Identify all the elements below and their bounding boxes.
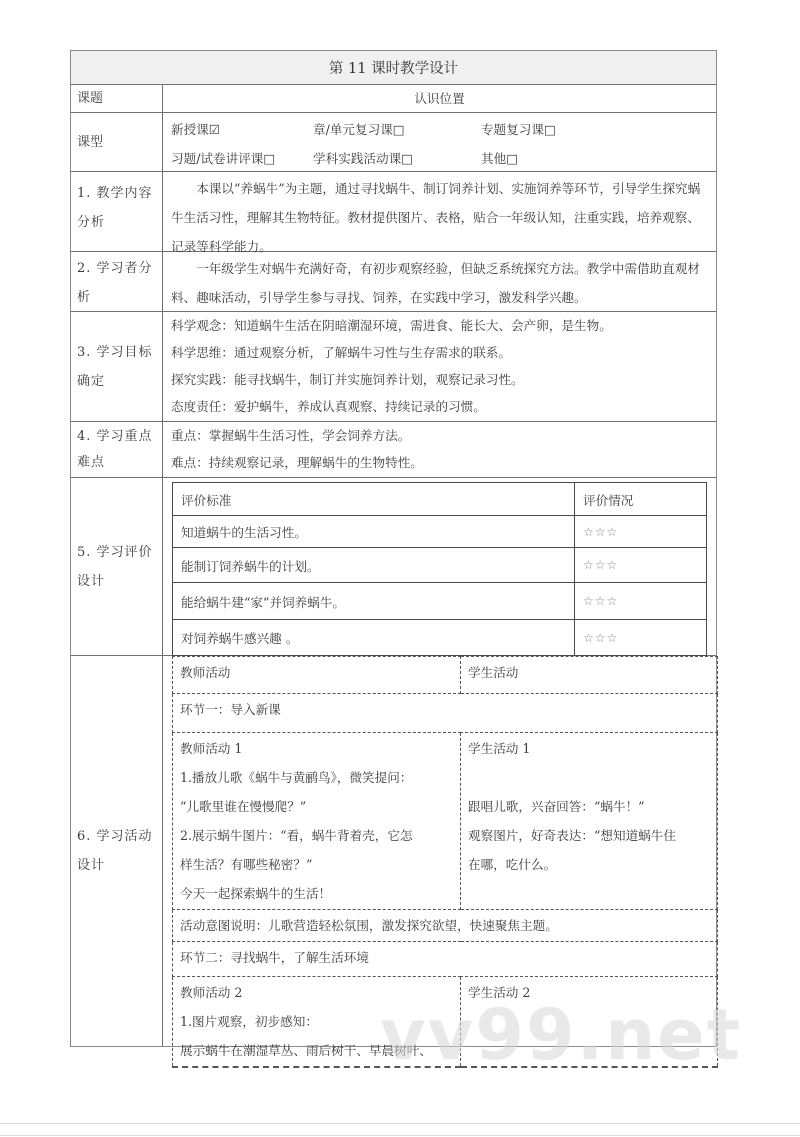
table-row: 能制订饲养蜗牛的计划。 ☆☆☆ [173,548,707,583]
topic-value: 认识位置 [163,85,716,112]
label-line: 1. 教学内容 [77,179,153,208]
row-label: 6. 学习活动设计 [71,656,163,1046]
row-label: 5. 学习评价设计 [71,478,163,655]
table-header-row: 教师活动 学生活动 [173,657,718,694]
activity-line: 观察图片，好奇表达：“想知道蜗牛住 [468,821,710,850]
objective-item: 科学思维：通过观察分析，了解蜗牛习性与生存需求的联系。 [171,339,708,366]
student-activity-cell: 学生活动 1 跟唱儿歌，兴奋回答：“蜗牛！” 观察图片，好奇表达：“想知道蜗牛住… [461,733,718,910]
lesson-type-options: 新授课☑ 章/单元复习课□ 专题复习课□ 习题/试卷讲评课□ 学科实践活动课□ … [163,113,716,171]
row-evaluation: 5. 学习评价设计 评价标准 评价情况 知道蜗牛的生活习性。 ☆☆☆ 能制订饲养… [71,477,716,655]
label-line: 6. 学习活动 [77,822,153,851]
label-line: 难点 [77,450,153,476]
teacher-activity-cell: 教师活动 1 1.播放儿歌《蜗牛与黄鹂鸟》，微笑提问： “儿歌里谁在慢慢爬？” … [173,733,461,910]
label-line: 设计 [77,851,153,880]
criterion-cell: 能给蜗牛建“家”并饲养蜗牛。 [173,583,575,620]
key-points-list: 重点：掌握蜗牛生活习性，学会饲养方法。 难点：持续观察记录，理解蜗牛的生物特性。 [163,422,716,477]
activities-table-wrap: 教师活动 学生活动 环节一：导入新课 教师活动 1 1.播放儿歌《蜗牛与黄鹂鸟》… [163,656,718,1046]
activities-table: 教师活动 学生活动 环节一：导入新课 教师活动 1 1.播放儿歌《蜗牛与黄鹂鸟》… [172,656,718,1068]
row-content-analysis: 1. 教学内容分析 本课以“养蜗牛”为主题，通过寻找蜗牛、制订饲养计划、实施饲养… [71,171,716,251]
learner-analysis-text: 一年级学生对蜗牛充满好奇，有初步观察经验，但缺乏系统探究方法。教学中需借助直观材… [163,252,716,311]
activity-heading: 学生活动 1 [468,734,710,763]
objectives-list: 科学观念：知道蜗牛生活在阴暗潮湿环境，需进食、能长大、会产卵，是生物。 科学思维… [163,312,716,421]
column-header: 学生活动 [461,657,718,694]
label-line: 析 [77,283,153,312]
key-point-item: 重点：掌握蜗牛生活习性，学会饲养方法。 [171,422,708,449]
paragraph: 本课以“养蜗牛”为主题，通过寻找蜗牛、制订饲养计划、实施饲养等环节，引导学生探究… [171,174,708,261]
label-line: 分析 [77,208,153,237]
paragraph: 一年级学生对蜗牛充满好奇，有初步观察经验，但缺乏系统探究方法。教学中需借助直观材… [171,254,708,312]
activity-line: “儿歌里谁在慢慢爬？” [180,792,453,821]
table-row: 能给蜗牛建“家”并饲养蜗牛。 ☆☆☆ [173,583,707,620]
table-row: 知道蜗牛的生活习性。 ☆☆☆ [173,516,707,548]
stage-title: 环节二：寻找蜗牛，了解生活环境 [173,942,718,977]
activity-heading: 学生活动 2 [468,978,710,1007]
evaluation-table-wrap: 评价标准 评价情况 知道蜗牛的生活习性。 ☆☆☆ 能制订饲养蜗牛的计划。 ☆☆☆… [163,478,716,655]
stage-title-row: 环节二：寻找蜗牛，了解生活环境 [173,942,718,977]
star-rating[interactable]: ☆☆☆ [575,583,707,620]
document-title: 第 11 课时教学设计 [71,51,716,84]
activity-line: 展示蜗牛在潮湿草丛、雨后树干、早晨树叶、 [180,1036,453,1065]
table-header-row: 评价标准 评价情况 [173,483,707,516]
star-rating[interactable]: ☆☆☆ [575,548,707,583]
row-key-points: 4. 学习重点难点 重点：掌握蜗牛生活习性，学会饲养方法。 难点：持续观察记录，… [71,421,716,477]
row-label: 1. 教学内容分析 [71,172,163,251]
student-activity-cell: 学生活动 2 [461,977,718,1068]
row-label: 4. 学习重点难点 [71,422,163,477]
lesson-type-option[interactable]: 学科实践活动课□ [313,144,481,173]
star-rating[interactable]: ☆☆☆ [575,516,707,548]
lesson-type-option[interactable]: 其他□ [481,144,631,173]
row-label: 2. 学习者分析 [71,252,163,311]
label-line: 4. 学习重点 [77,424,153,450]
teacher-activity-cell: 教师活动 2 1.图片观察，初步感知： 展示蜗牛在潮湿草丛、雨后树干、早晨树叶、 [173,977,461,1068]
row-label: 课型 [71,113,163,171]
row-activities: 6. 学习活动设计 教师活动 学生活动 环节一：导入新课 教师活动 1 1.播放… [71,655,716,1046]
row-objectives: 3. 学习目标确定 科学观念：知道蜗牛生活在阴暗潮湿环境，需进食、能长大、会产卵… [71,311,716,421]
stage-title: 环节一：导入新课 [173,694,718,733]
criterion-cell: 知道蜗牛的生活习性。 [173,516,575,548]
page-edge [0,1135,800,1136]
row-learner-analysis: 2. 学习者分析 一年级学生对蜗牛充满好奇，有初步观察经验，但缺乏系统探究方法。… [71,251,716,311]
column-header: 教师活动 [173,657,461,694]
row-topic: 课题 认识位置 [71,84,716,112]
activity-line: 在哪，吃什么。 [468,850,710,879]
activity-line: 2.展示蜗牛图片：“看，蜗牛背着壳，它怎 [180,821,453,850]
intent-row: 活动意图说明：儿歌营造轻松氛围，激发探究欲望，快速聚焦主题。 [173,910,718,942]
criterion-cell: 能制订饲养蜗牛的计划。 [173,548,575,583]
objective-item: 态度责任：爱护蜗牛，养成认真观察、持续记录的习惯。 [171,393,708,420]
objective-item: 科学观念：知道蜗牛生活在阴暗潮湿环境，需进食、能长大、会产卵，是生物。 [171,312,708,339]
activity-line: 样生活？有哪些秘密？” [180,850,453,879]
lesson-type-option[interactable]: 专题复习课□ [481,115,631,144]
content-analysis-text: 本课以“养蜗牛”为主题，通过寻找蜗牛、制订饲养计划、实施饲养等环节，引导学生探究… [163,172,716,251]
objective-item: 探究实践：能寻找蜗牛，制订并实施饲养计划，观察记录习性。 [171,366,708,393]
star-rating[interactable]: ☆☆☆ [575,620,707,656]
table-row: 对饲养蜗牛感兴趣 。 ☆☆☆ [173,620,707,656]
activity-heading: 教师活动 2 [180,978,453,1007]
activity-heading: 教师活动 1 [180,734,453,763]
table-row: 教师活动 2 1.图片观察，初步感知： 展示蜗牛在潮湿草丛、雨后树干、早晨树叶、… [173,977,718,1068]
column-header: 评价情况 [575,483,707,516]
activity-line: 1.播放儿歌《蜗牛与黄鹂鸟》，微笑提问： [180,763,453,792]
activity-line: 跟唱儿歌，兴奋回答：“蜗牛！” [468,792,710,821]
activity-line: 1.图片观察，初步感知： [180,1007,453,1036]
table-row: 教师活动 1 1.播放儿歌《蜗牛与黄鹂鸟》，微笑提问： “儿歌里谁在慢慢爬？” … [173,733,718,910]
criterion-cell: 对饲养蜗牛感兴趣 。 [173,620,575,656]
activity-intent: 活动意图说明：儿歌营造轻松氛围，激发探究欲望，快速聚焦主题。 [173,910,718,942]
column-header: 评价标准 [173,483,575,516]
evaluation-table: 评价标准 评价情况 知道蜗牛的生活习性。 ☆☆☆ 能制订饲养蜗牛的计划。 ☆☆☆… [172,482,707,656]
page-edge [0,1123,800,1124]
row-lesson-type: 课型 新授课☑ 章/单元复习课□ 专题复习课□ 习题/试卷讲评课□ 学科实践活动… [71,112,716,171]
label-line: 确定 [77,367,153,396]
stage-title-row: 环节一：导入新课 [173,694,718,733]
label-line: 2. 学习者分 [77,254,153,283]
label-line: 设计 [77,567,153,596]
row-label: 3. 学习目标确定 [71,312,163,421]
key-point-item: 难点：持续观察记录，理解蜗牛的生物特性。 [171,449,708,476]
lesson-type-option[interactable]: 习题/试卷讲评课□ [171,144,313,173]
lesson-type-option[interactable]: 新授课☑ [171,115,313,144]
activity-line: 今天一起探索蜗牛的生活！ [180,879,453,908]
lesson-plan-table: 第 11 课时教学设计 课题 认识位置 课型 新授课☑ 章/单元复习课□ 专题复… [70,50,717,1047]
label-line: 3. 学习目标 [77,338,153,367]
row-label: 课题 [71,85,163,112]
label-line: 5. 学习评价 [77,538,153,567]
lesson-type-option[interactable]: 章/单元复习课□ [313,115,481,144]
